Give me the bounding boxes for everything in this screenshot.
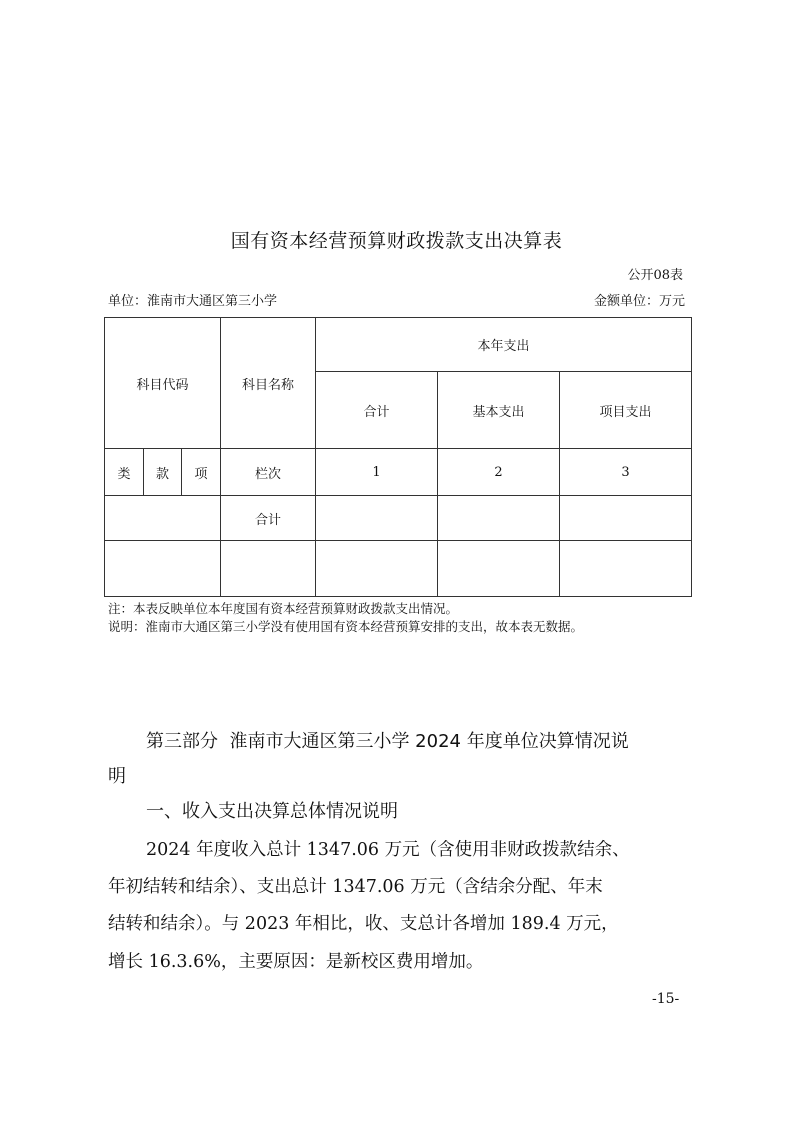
column-number-1: 1 bbox=[316, 449, 438, 496]
header-project-expenditure: 项目支出 bbox=[560, 372, 692, 449]
cell-basic bbox=[438, 496, 560, 541]
header-basic-expenditure: 基本支出 bbox=[438, 372, 560, 449]
header-column-index: 栏次 bbox=[221, 449, 316, 496]
cell-code bbox=[105, 496, 221, 541]
cell-name: 合计 bbox=[221, 496, 316, 541]
cell-project bbox=[560, 496, 692, 541]
page-number: -15- bbox=[652, 991, 679, 1007]
column-index-row: 类 款 项 栏次 1 2 3 bbox=[105, 449, 692, 496]
amount-unit: 金额单位：万元 bbox=[594, 290, 685, 309]
subsection-heading: 一、收入支出决算总体情况说明 bbox=[146, 797, 398, 823]
header-subject-name: 科目名称 bbox=[221, 318, 316, 449]
cell-total bbox=[316, 496, 438, 541]
paragraph-line: 2024 年度收入总计 1347.06 万元（含使用非财政拨款结余、 bbox=[146, 836, 696, 861]
table-explanation: 说明：淮南市大通区第三小学没有使用国有资本经营预算安排的支出，故本表无数据。 bbox=[108, 617, 583, 635]
header-current-year-expenditure: 本年支出 bbox=[316, 318, 692, 372]
table-title: 国有资本经营预算财政拨款支出决算表 bbox=[0, 226, 793, 253]
form-number: 公开08表 bbox=[627, 264, 683, 283]
cell-code bbox=[105, 541, 221, 597]
header-category: 类 bbox=[105, 449, 144, 496]
paragraph-line: 年初结转和结余）、支出总计 1347.06 万元（含结余分配、年末 bbox=[108, 873, 693, 898]
column-number-3: 3 bbox=[560, 449, 692, 496]
paragraph-line: 结转和结余）。与 2023 年相比，收、支总计各增加 189.4 万元， bbox=[108, 910, 693, 935]
header-section: 款 bbox=[144, 449, 182, 496]
cell-project bbox=[560, 541, 692, 597]
column-number-2: 2 bbox=[438, 449, 560, 496]
reporting-unit: 单位：淮南市大通区第三小学 bbox=[108, 290, 277, 309]
table-row: 合计 bbox=[105, 496, 692, 541]
section-heading: 第三部分 淮南市大通区第三小学 2024 年度单位决算情况说 bbox=[146, 727, 629, 753]
section-heading-continued: 明 bbox=[108, 762, 126, 788]
header-subject-code: 科目代码 bbox=[105, 318, 221, 449]
table-row bbox=[105, 541, 692, 597]
table-note: 注：本表反映单位本年度国有资本经营预算财政拨款支出情况。 bbox=[108, 599, 458, 617]
cell-name bbox=[221, 541, 316, 597]
paragraph-line: 增长 16.3.6%，主要原因：是新校区费用增加。 bbox=[108, 948, 693, 973]
header-row-1: 科目代码 科目名称 本年支出 bbox=[105, 318, 692, 372]
header-total: 合计 bbox=[316, 372, 438, 449]
cell-total bbox=[316, 541, 438, 597]
expenditure-table: 科目代码 科目名称 本年支出 合计 基本支出 项目支出 类 款 项 栏次 1 2… bbox=[104, 317, 692, 597]
header-item: 项 bbox=[182, 449, 221, 496]
cell-basic bbox=[438, 541, 560, 597]
